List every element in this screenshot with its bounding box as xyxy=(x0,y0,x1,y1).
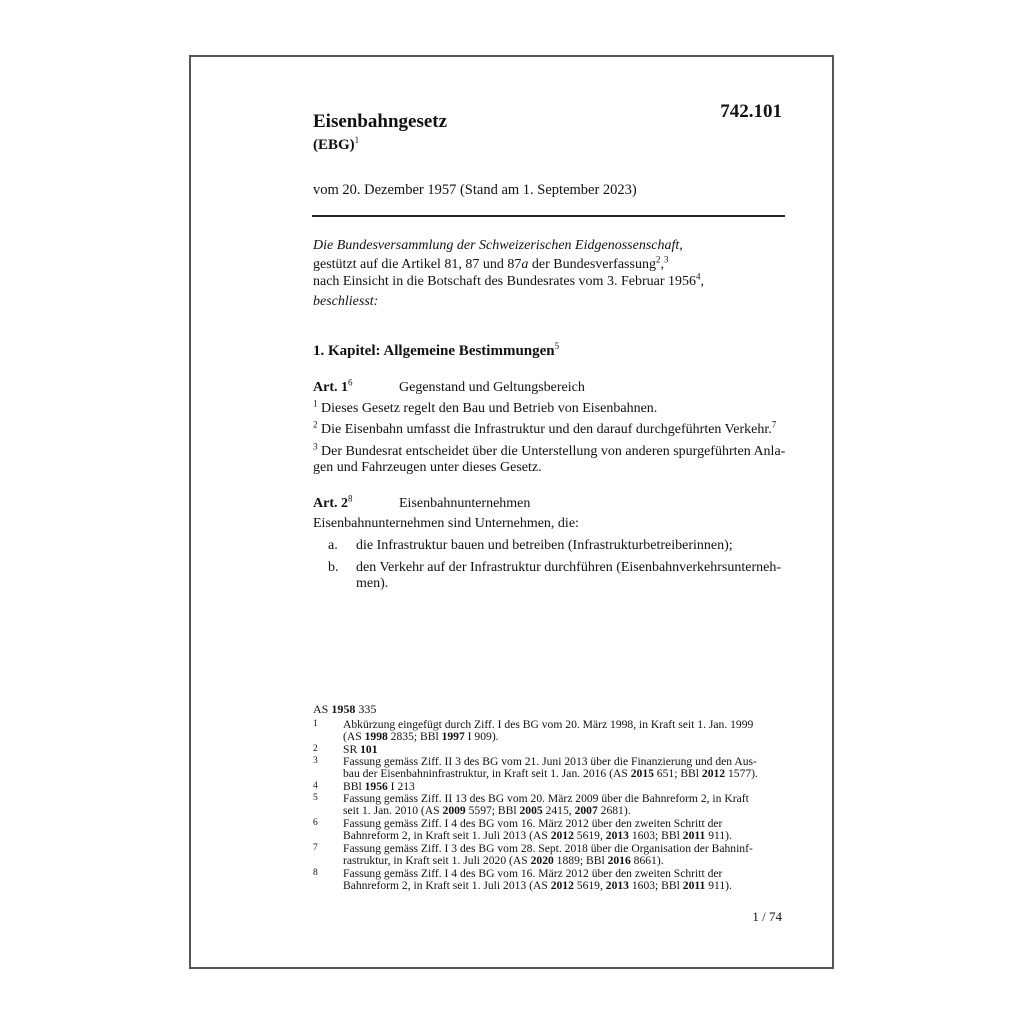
footnote-ref[interactable]: 1 xyxy=(355,135,360,145)
list-letter: b. xyxy=(328,560,339,576)
sr-number: 742.101 xyxy=(720,101,782,123)
date-line: vom 20. Dezember 1957 (Stand am 1. Septe… xyxy=(313,182,637,199)
article-2-heading: Art. 28Eisenbahnunternehmen xyxy=(313,496,530,512)
source-page: 335 xyxy=(355,702,376,716)
preamble-line-4: beschliesst: xyxy=(313,294,378,310)
footnote-text-line: Bahnreform 2, in Kraft seit 1. Juli 2013… xyxy=(343,880,732,893)
footnote-ref[interactable]: 6 xyxy=(348,377,353,387)
article-1-heading: Art. 16Gegenstand und Geltungsbereich xyxy=(313,380,585,396)
footnote-ref[interactable]: 3 xyxy=(664,254,669,264)
article-number: Art. 16 xyxy=(313,380,399,396)
footnote-number: 3 xyxy=(313,755,318,768)
list-letter: a. xyxy=(328,538,338,554)
preamble-text: der Bundesverfassung xyxy=(528,257,656,272)
preamble-line-1: Die Bundesversammlung der Schweizerische… xyxy=(313,238,683,254)
document-title: Eisenbahngesetz xyxy=(313,111,447,133)
footnote-text-line: rastruktur, in Kraft seit 1. Juli 2020 (… xyxy=(343,855,664,868)
footnote-number: 4 xyxy=(313,780,318,793)
footnote-number: 2 xyxy=(313,743,318,756)
preamble-text: nach Einsicht in die Botschaft des Bunde… xyxy=(313,274,696,289)
footnote-text-line: (AS 1998 2835; BBl 1997 I 909). xyxy=(343,731,499,744)
footnote-number: 5 xyxy=(313,792,318,805)
article-intro: Eisenbahnunternehmen sind Unternehmen, d… xyxy=(313,516,579,532)
list-item-continuation: men). xyxy=(356,576,388,592)
list-item-text: den Verkehr auf der Infrastruktur durchf… xyxy=(356,560,781,576)
chapter-title: 1. Kapitel: Allgemeine Bestimmungen xyxy=(313,343,555,359)
footnote-text-line: seit 1. Jan. 2010 (AS 2009 5597; BBl 200… xyxy=(343,805,631,818)
document-abbreviation: (EBG)1 xyxy=(313,137,359,154)
footnote-source: AS 1958 335 xyxy=(313,702,376,717)
article-number-text: Art. 1 xyxy=(313,380,348,395)
footnote-ref[interactable]: 7 xyxy=(772,419,777,429)
header-divider xyxy=(312,215,785,217)
footnote-number: 7 xyxy=(313,842,318,855)
preamble-line-2: gestützt auf die Artikel 81, 87 und 87a … xyxy=(313,257,668,273)
preamble-line-3: nach Einsicht in die Botschaft des Bunde… xyxy=(313,274,704,290)
article-number: Art. 28 xyxy=(313,496,399,512)
paragraph-text: Dieses Gesetz regelt den Bau und Betrieb… xyxy=(321,401,657,416)
abbreviation-text: (EBG) xyxy=(313,137,355,153)
footnote-ref[interactable]: 5 xyxy=(555,341,560,351)
footnote-text-line: bau der Eisenbahninfrastruktur, in Kraft… xyxy=(343,768,758,781)
paragraph: 3 Der Bundesrat entscheidet über die Unt… xyxy=(313,444,785,460)
paragraph-text: Die Eisenbahn umfasst die Infrastruktur … xyxy=(321,422,772,437)
page-number: 1 / 74 xyxy=(752,909,782,925)
article-title: Eisenbahnunternehmen xyxy=(399,496,530,511)
source-prefix: AS xyxy=(313,702,331,716)
source-year: 1958 xyxy=(331,702,355,716)
chapter-heading: 1. Kapitel: Allgemeine Bestimmungen5 xyxy=(313,343,559,360)
paragraph-number: 1 xyxy=(313,398,318,408)
document-page: Eisenbahngesetz 742.101 (EBG)1 vom 20. D… xyxy=(189,55,834,969)
paragraph-text: Der Bundesrat entscheidet über die Unter… xyxy=(321,444,785,459)
footnote-number: 6 xyxy=(313,817,318,830)
article-title: Gegenstand und Geltungsbereich xyxy=(399,380,585,395)
paragraph-number: 2 xyxy=(313,419,318,429)
separator: , xyxy=(700,274,704,289)
footnote-ref[interactable]: 8 xyxy=(348,493,353,503)
paragraph-number: 3 xyxy=(313,441,318,451)
list-item-text: die Infrastruktur bauen und betreiben (I… xyxy=(356,538,733,554)
footnote-number: 1 xyxy=(313,718,318,731)
footnote-text-line: Bahnreform 2, in Kraft seit 1. Juli 2013… xyxy=(343,830,732,843)
article-number-text: Art. 2 xyxy=(313,496,348,511)
paragraph: 2 Die Eisenbahn umfasst die Infrastruktu… xyxy=(313,422,776,438)
preamble-text: gestützt auf die Artikel 81, 87 und 87 xyxy=(313,257,521,272)
footnote-number: 8 xyxy=(313,867,318,880)
paragraph: 1 Dieses Gesetz regelt den Bau und Betri… xyxy=(313,401,657,417)
paragraph-continuation: gen und Fahrzeugen unter dieses Gesetz. xyxy=(313,460,542,476)
